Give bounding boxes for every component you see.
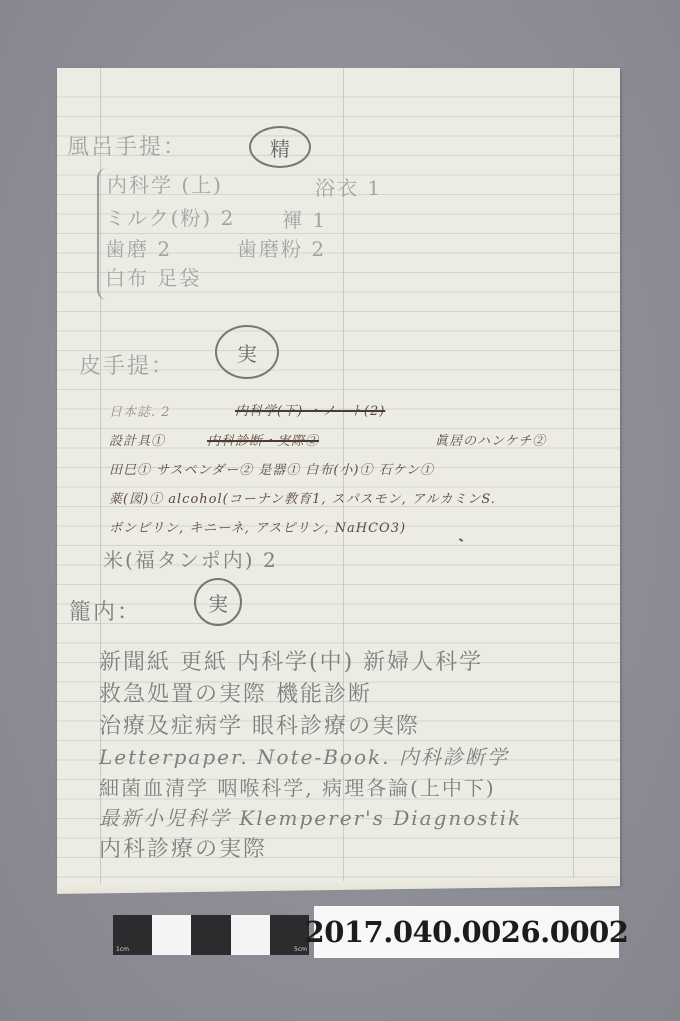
scale-label-start: 1cm: [116, 946, 129, 953]
scale-segment: 1cm: [113, 915, 152, 955]
scale-bar: 1cm 5cm: [113, 915, 309, 955]
list-item: 白布 足袋: [105, 262, 201, 291]
circled-mark: 実: [215, 325, 279, 379]
circled-mark: 実: [194, 578, 242, 626]
list-item: 浴衣 1: [315, 172, 382, 201]
list-item: 薬(図)① alcohol(コーナン教育1, スパスモン, アルカミンS.: [109, 488, 496, 507]
section-heading-basket: 籠内：: [69, 595, 141, 626]
catalog-number-label: 2017.040.0026.0002: [314, 906, 619, 958]
pen-mark: [459, 538, 463, 542]
list-item: 米(福タンポ内) 2: [103, 544, 278, 573]
section-heading-bath-bag: 風呂手提：: [67, 130, 187, 161]
list-item: 最新小児科学 Klemperer's Diagnostik: [99, 802, 522, 831]
handwritten-sheet: 風呂手提： 精 内科学 (上) 浴衣 1 ミルク(粉) 2 褌 1 歯磨 2 歯…: [57, 68, 620, 885]
list-item: Letterpaper. Note-Book. 内科診断学: [99, 741, 509, 770]
list-item: 救急処置の実際 機能診断: [99, 677, 372, 708]
list-item: 歯磨粉 2: [237, 233, 326, 262]
list-item: 田巳① サスペンダー② 是器① 白布(小)① 石ケン①: [109, 459, 434, 478]
scale-segment: [191, 915, 230, 955]
struck-item: 内科学(下) ・ノート(2): [235, 400, 385, 419]
list-item: 細菌血清学 咽喉科学, 病理各論(上中下): [99, 772, 496, 801]
list-item: 新聞紙 更紙 内科学(中) 新婦人科学: [99, 645, 483, 676]
list-item: 褌 1: [282, 204, 327, 233]
list-item: 内科診療の実際: [99, 832, 267, 863]
circled-mark: 精: [249, 126, 311, 168]
scale-segment: [152, 915, 191, 955]
list-item: ミルク(粉) 2: [105, 202, 235, 231]
scale-segment: [231, 915, 270, 955]
right-line: [573, 68, 574, 885]
list-item: 日本誌. 2: [109, 401, 171, 420]
list-item: ボンピリン, キニーネ, アスピリン, NaHCO3): [109, 517, 406, 536]
list-item: 内科学 (上): [107, 169, 223, 198]
list-item: 設計具①: [109, 430, 165, 449]
struck-item: 内科診断・実際②: [207, 430, 319, 449]
section-heading-leather-bag: 皮手提：: [79, 349, 175, 380]
list-item: 歯磨 2: [105, 233, 172, 262]
list-item: 治療及症病学 眼科診療の実際: [99, 709, 420, 740]
list-item: 眞居のハンケチ②: [435, 430, 546, 449]
scale-segment: 5cm: [270, 915, 309, 955]
